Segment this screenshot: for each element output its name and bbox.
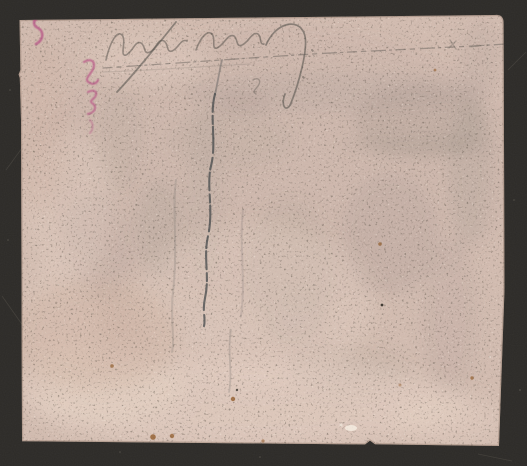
stamp-photo	[0, 0, 527, 466]
foxing-spot	[231, 397, 235, 401]
paper-speck-white	[489, 356, 491, 358]
foxing-spot	[378, 242, 382, 246]
stamp-back	[10, 10, 525, 452]
foxing-spot	[150, 434, 156, 440]
paper-speck-white	[340, 424, 343, 427]
foxing-spot	[110, 364, 114, 368]
ink-line-faint	[229, 330, 231, 392]
foxing-spot	[434, 69, 437, 72]
paper-speck-white	[345, 425, 357, 431]
foxing-spot	[170, 434, 174, 438]
dark-dot	[381, 304, 384, 307]
foxing-spot	[470, 376, 473, 379]
foxing-spot	[399, 384, 402, 387]
foxing-spot	[261, 439, 264, 442]
stamp-photo-canvas	[0, 0, 527, 466]
dark-dot	[236, 389, 238, 391]
